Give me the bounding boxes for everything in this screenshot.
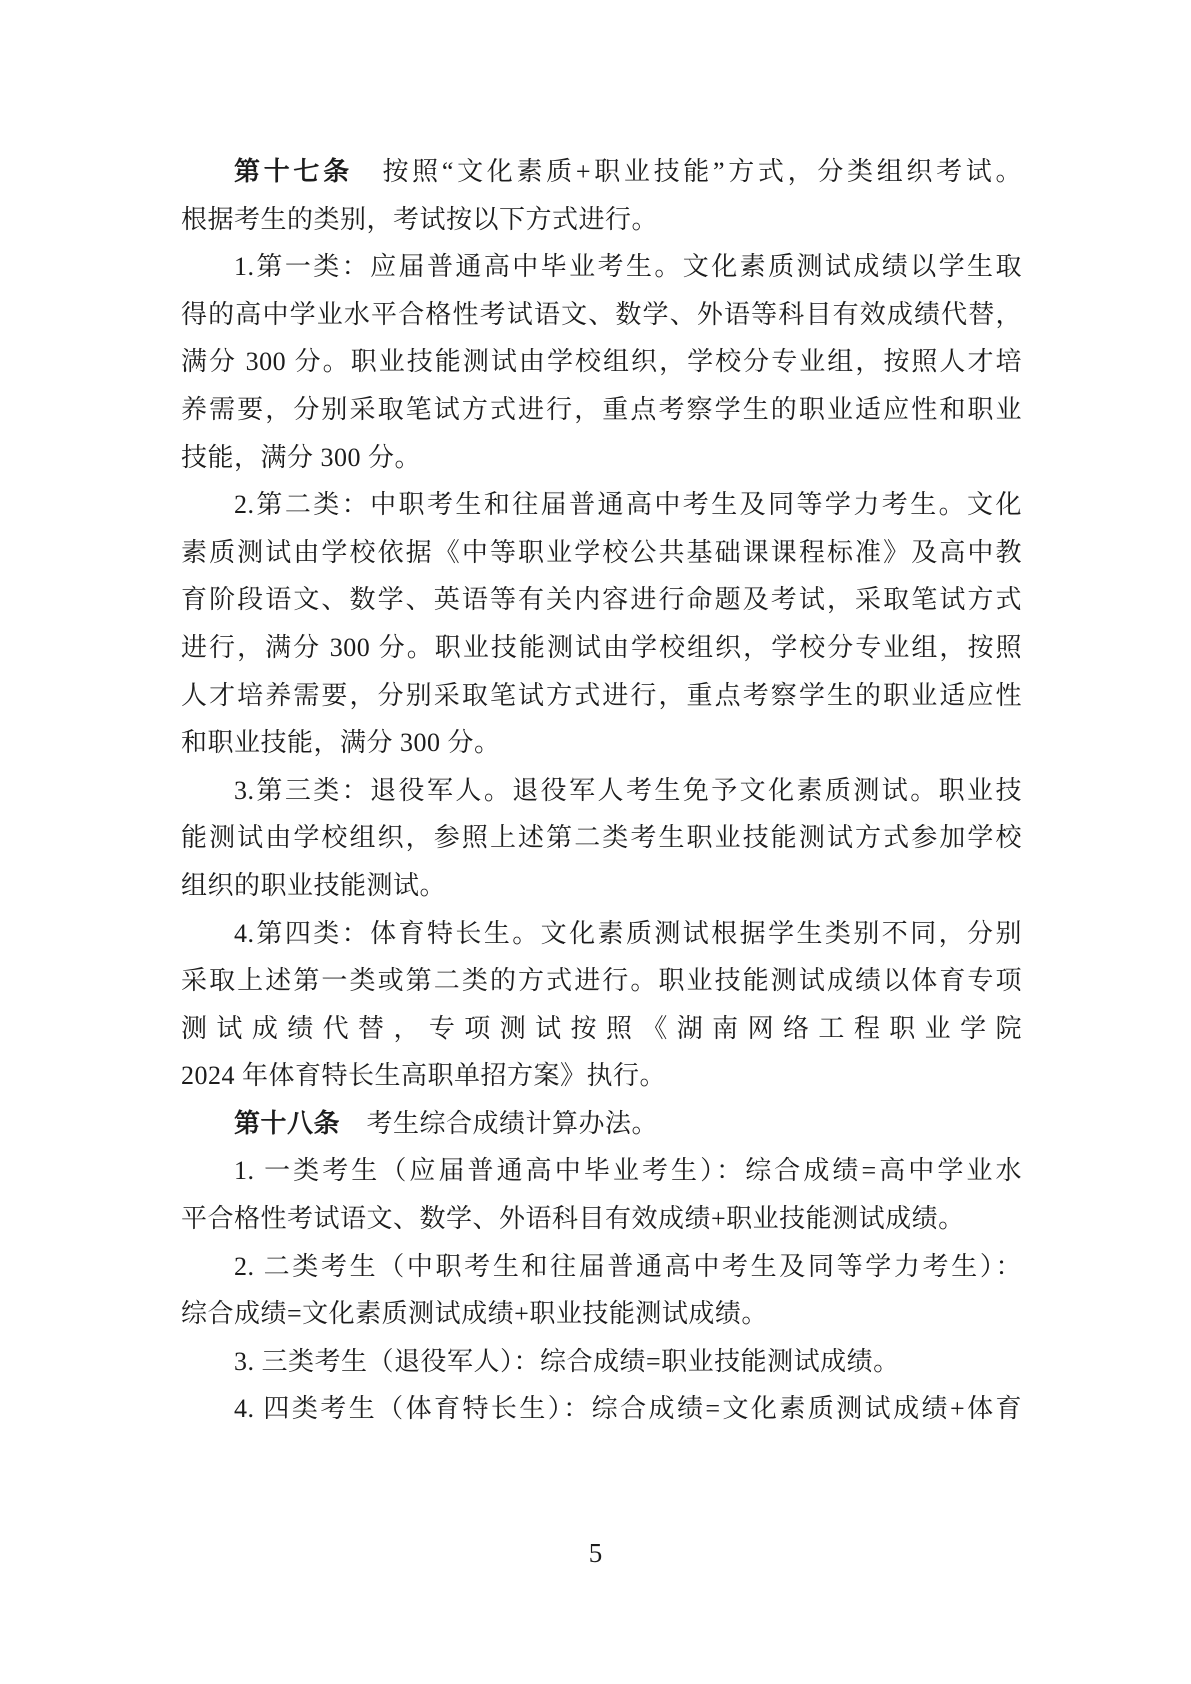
line-text: 根据考生的类别，考试按以下方式进行。 xyxy=(181,205,658,234)
text-line: 3. 三类考生（退役军人）：综合成绩=职业技能测试成绩。 xyxy=(181,1338,1022,1386)
text-line: 养需要，分别采取笔试方式进行，重点考察学生的职业适应性和职业 xyxy=(181,386,1022,434)
line-text: 平合格性考试语文、数学、外语科目有效成绩+职业技能测试成绩。 xyxy=(181,1204,965,1233)
text-line: 得的高中学业水平合格性考试语文、数学、外语等科目有效成绩代替， xyxy=(181,291,1022,339)
page-number: 5 xyxy=(0,1537,1191,1569)
text-line: 组织的职业技能测试。 xyxy=(181,862,1022,910)
text-line: 1. 一类考生（应届普通高中毕业考生）：综合成绩=高中学业水 xyxy=(181,1147,1022,1195)
line-text: 养需要，分别采取笔试方式进行，重点考察学生的职业适应性和职业 xyxy=(181,395,1022,424)
text-line: 4. 四类考生（体育特长生）：综合成绩=文化素质测试成绩+体育 xyxy=(181,1385,1022,1433)
text-line: 3.第三类：退役军人。退役军人考生免予文化素质测试。职业技 xyxy=(181,767,1022,815)
line-text: 3. 三类考生（退役军人）：综合成绩=职业技能测试成绩。 xyxy=(234,1347,900,1376)
line-text: 素质测试由学校依据《中等职业学校公共基础课课程标准》及高中教 xyxy=(181,538,1022,567)
line-text: 育阶段语文、数学、英语等有关内容进行命题及考试，采取笔试方式 xyxy=(181,585,1022,614)
text-line: 第十七条 按照“文化素质+职业技能”方式，分类组织考试。 xyxy=(181,148,1022,196)
line-text: 组织的职业技能测试。 xyxy=(181,871,446,900)
line-text: 1. 一类考生（应届普通高中毕业考生）：综合成绩=高中学业水 xyxy=(234,1156,1022,1185)
text-line: 第十八条 考生综合成绩计算办法。 xyxy=(181,1100,1022,1148)
text-line: 平合格性考试语文、数学、外语科目有效成绩+职业技能测试成绩。 xyxy=(181,1195,1022,1243)
line-text: 3.第三类：退役军人。退役军人考生免予文化素质测试。职业技 xyxy=(234,776,1022,805)
text-line: 能测试由学校组织，参照上述第二类考生职业技能测试方式参加学校 xyxy=(181,814,1022,862)
line-text: 技能，满分 300 分。 xyxy=(181,443,421,472)
line-text: 综合成绩=文化素质测试成绩+职业技能测试成绩。 xyxy=(181,1299,768,1328)
text-line: 2024 年体育特长生高职单招方案》执行。 xyxy=(181,1052,1022,1100)
line-text: 4.第四类：体育特长生。文化素质测试根据学生类别不同，分别 xyxy=(234,919,1022,948)
line-text: 测试成绩代替，专项测试按照《湖南网络工程职业学院 xyxy=(181,1014,1022,1043)
text-line: 综合成绩=文化素质测试成绩+职业技能测试成绩。 xyxy=(181,1290,1022,1338)
line-text: 采取上述第一类或第二类的方式进行。职业技能测试成绩以体育专项 xyxy=(181,966,1022,995)
article-heading: 第十七条 xyxy=(234,157,353,186)
article-heading: 第十八条 xyxy=(234,1109,340,1138)
text-line: 采取上述第一类或第二类的方式进行。职业技能测试成绩以体育专项 xyxy=(181,957,1022,1005)
text-line: 进行，满分 300 分。职业技能测试由学校组织，学校分专业组，按照 xyxy=(181,624,1022,672)
line-text: 考生综合成绩计算办法。 xyxy=(340,1109,658,1138)
text-line: 2. 二类考生（中职考生和往届普通高中考生及同等学力考生）： xyxy=(181,1243,1022,1291)
text-line: 满分 300 分。职业技能测试由学校组织，学校分专业组，按照人才培 xyxy=(181,338,1022,386)
text-line: 1.第一类：应届普通高中毕业考生。文化素质测试成绩以学生取 xyxy=(181,243,1022,291)
text-line: 技能，满分 300 分。 xyxy=(181,434,1022,482)
text-line: 根据考生的类别，考试按以下方式进行。 xyxy=(181,196,1022,244)
line-text: 1.第一类：应届普通高中毕业考生。文化素质测试成绩以学生取 xyxy=(234,252,1022,281)
document-body: 第十七条 按照“文化素质+职业技能”方式，分类组织考试。根据考生的类别，考试按以… xyxy=(181,148,1022,1433)
text-line: 人才培养需要，分别采取笔试方式进行，重点考察学生的职业适应性 xyxy=(181,672,1022,720)
text-line: 2.第二类：中职考生和往届普通高中考生及同等学力考生。文化 xyxy=(181,481,1022,529)
line-text: 和职业技能，满分 300 分。 xyxy=(181,728,501,757)
text-line: 育阶段语文、数学、英语等有关内容进行命题及考试，采取笔试方式 xyxy=(181,576,1022,624)
line-text: 2. 二类考生（中职考生和往届普通高中考生及同等学力考生）： xyxy=(234,1252,1022,1281)
line-text: 2.第二类：中职考生和往届普通高中考生及同等学力考生。文化 xyxy=(234,490,1022,519)
text-line: 测试成绩代替，专项测试按照《湖南网络工程职业学院 xyxy=(181,1005,1022,1053)
line-text: 进行，满分 300 分。职业技能测试由学校组织，学校分专业组，按照 xyxy=(181,633,1022,662)
line-text: 能测试由学校组织，参照上述第二类考生职业技能测试方式参加学校 xyxy=(181,823,1022,852)
text-line: 和职业技能，满分 300 分。 xyxy=(181,719,1022,767)
line-text: 2024 年体育特长生高职单招方案》执行。 xyxy=(181,1061,666,1090)
text-line: 4.第四类：体育特长生。文化素质测试根据学生类别不同，分别 xyxy=(181,910,1022,958)
document-page: 第十七条 按照“文化素质+职业技能”方式，分类组织考试。根据考生的类别，考试按以… xyxy=(0,0,1191,1684)
line-text: 满分 300 分。职业技能测试由学校组织，学校分专业组，按照人才培 xyxy=(181,347,1022,376)
line-text: 按照“文化素质+职业技能”方式，分类组织考试。 xyxy=(353,157,1022,186)
line-text: 人才培养需要，分别采取笔试方式进行，重点考察学生的职业适应性 xyxy=(181,681,1022,710)
line-text: 4. 四类考生（体育特长生）：综合成绩=文化素质测试成绩+体育 xyxy=(234,1394,1022,1423)
text-line: 素质测试由学校依据《中等职业学校公共基础课课程标准》及高中教 xyxy=(181,529,1022,577)
line-text: 得的高中学业水平合格性考试语文、数学、外语等科目有效成绩代替， xyxy=(181,300,1022,329)
